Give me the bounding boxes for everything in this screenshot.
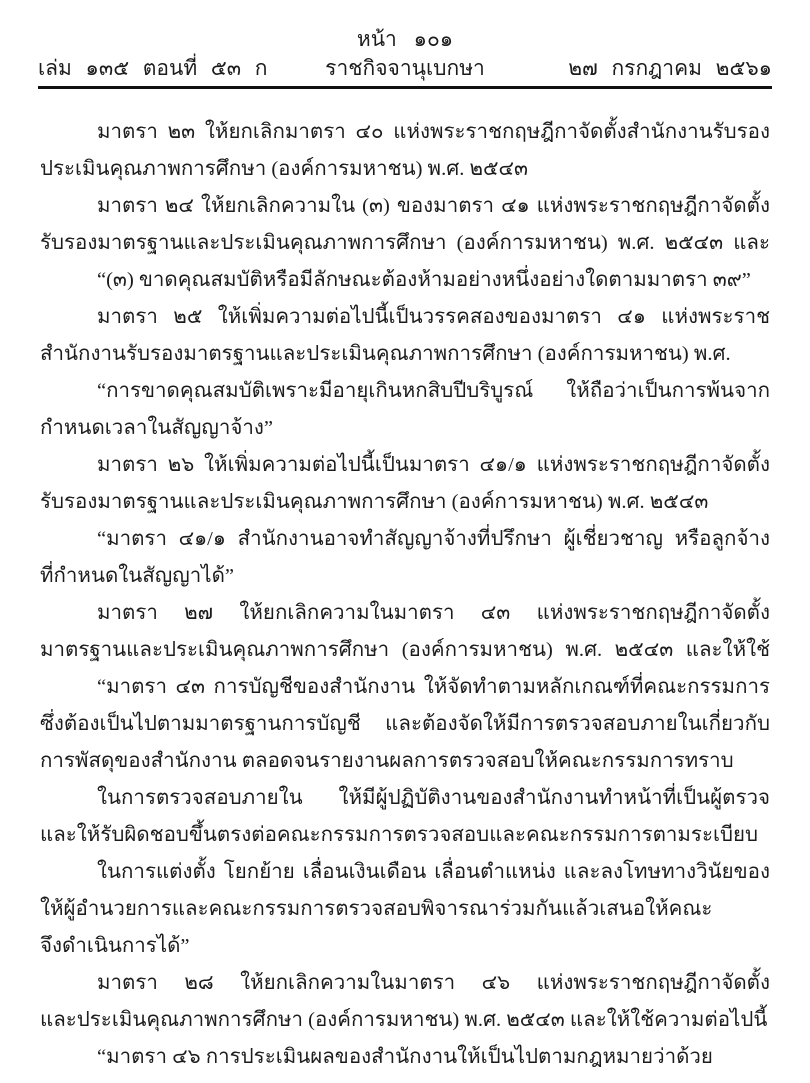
text-line: “มาตรา ๔๑/๑ สำนักงานอาจทำสัญญาจ้างที่ปรึ… — [40, 521, 770, 558]
text-line: การพัสดุของสำนักงาน ตลอดจนรายงานผลการตรว… — [40, 743, 770, 780]
text-line: และให้รับผิดชอบขึ้นตรงต่อคณะกรรมการตรวจส… — [40, 817, 770, 854]
text-line: รับรองมาตรฐานและประเมินคุณภาพการศึกษา (อ… — [40, 225, 770, 262]
text-line: รับรองมาตรฐานและประเมินคุณภาพการศึกษา (อ… — [40, 484, 770, 521]
text-line: “มาตรา ๔๓ การบัญชีของสำนักงาน ให้จัดทำตา… — [40, 669, 770, 706]
text-line: จึงดำเนินการได้” — [40, 928, 770, 965]
text-line: มาตรา ๒๖ ให้เพิ่มความต่อไปนี้เป็นมาตรา ๔… — [40, 447, 770, 484]
text-line: “การขาดคุณสมบัติเพราะมีอายุเกินหกสิบปีบร… — [40, 373, 770, 410]
text-line: “(๓) ขาดคุณสมบัติหรือมีลักษณะต้องห้ามอย่… — [40, 262, 770, 299]
text-line: สำนักงานรับรองมาตรฐานและประเมินคุณภาพการ… — [40, 336, 770, 373]
text-line: ในการตรวจสอบภายใน ให้มีผู้ปฏิบัติงานของส… — [40, 780, 770, 817]
text-line: และประเมินคุณภาพการศึกษา (องค์การมหาชน) … — [40, 1002, 770, 1039]
text-line: ซึ่งต้องเป็นไปตามมาตรฐานการบัญชี และต้อง… — [40, 706, 770, 743]
text-line: ในการแต่งตั้ง โยกย้าย เลื่อนเงินเดือน เล… — [40, 854, 770, 891]
text-line: “มาตรา ๔๖ การประเมินผลของสำนักงานให้เป็น… — [40, 1039, 770, 1076]
publication-date: ๒๗ กรกฎาคม ๒๕๖๑ — [527, 53, 772, 83]
text-line: ที่กำหนดในสัญญาได้” — [40, 558, 770, 595]
text-line: ให้ผู้อำนวยการและคณะกรรมการตรวจสอบพิจารณ… — [40, 891, 770, 928]
text-line: มาตรฐานและประเมินคุณภาพการศึกษา (องค์การ… — [40, 632, 770, 669]
text-line: มาตรา ๒๓ ให้ยกเลิกมาตรา ๔๐ แห่งพระราชกฤษ… — [40, 114, 770, 151]
text-line: กำหนดเวลาในสัญญาจ้าง” — [40, 410, 770, 447]
text-line: มาตรา ๒๘ ให้ยกเลิกความในมาตรา ๔๖ แห่งพระ… — [40, 965, 770, 1002]
page-number: หน้า ๑๐๑ — [0, 0, 810, 53]
gazette-title: ราชกิจจานุเบกษา — [283, 53, 528, 83]
document-body: มาตรา ๒๓ ให้ยกเลิกมาตรา ๔๐ แห่งพระราชกฤษ… — [0, 89, 810, 1076]
volume-issue-label: เล่ม ๑๓๕ ตอนที่ ๕๓ ก — [38, 53, 283, 83]
text-line: มาตรา ๒๗ ให้ยกเลิกความในมาตรา ๔๓ แห่งพระ… — [40, 595, 770, 632]
text-line: มาตรา ๒๔ ให้ยกเลิกความใน (๓) ของมาตรา ๔๑… — [40, 188, 770, 225]
text-line: มาตรา ๒๕ ให้เพิ่มความต่อไปนี้เป็นวรรคสอง… — [40, 299, 770, 336]
gazette-page: หน้า ๑๐๑ เล่ม ๑๓๕ ตอนที่ ๕๓ ก ราชกิจจานุ… — [0, 0, 810, 1083]
text-line: ประเมินคุณภาพการศึกษา (องค์การมหาชน) พ.ศ… — [40, 151, 770, 188]
masthead: เล่ม ๑๓๕ ตอนที่ ๕๓ ก ราชกิจจานุเบกษา ๒๗ … — [0, 53, 810, 83]
